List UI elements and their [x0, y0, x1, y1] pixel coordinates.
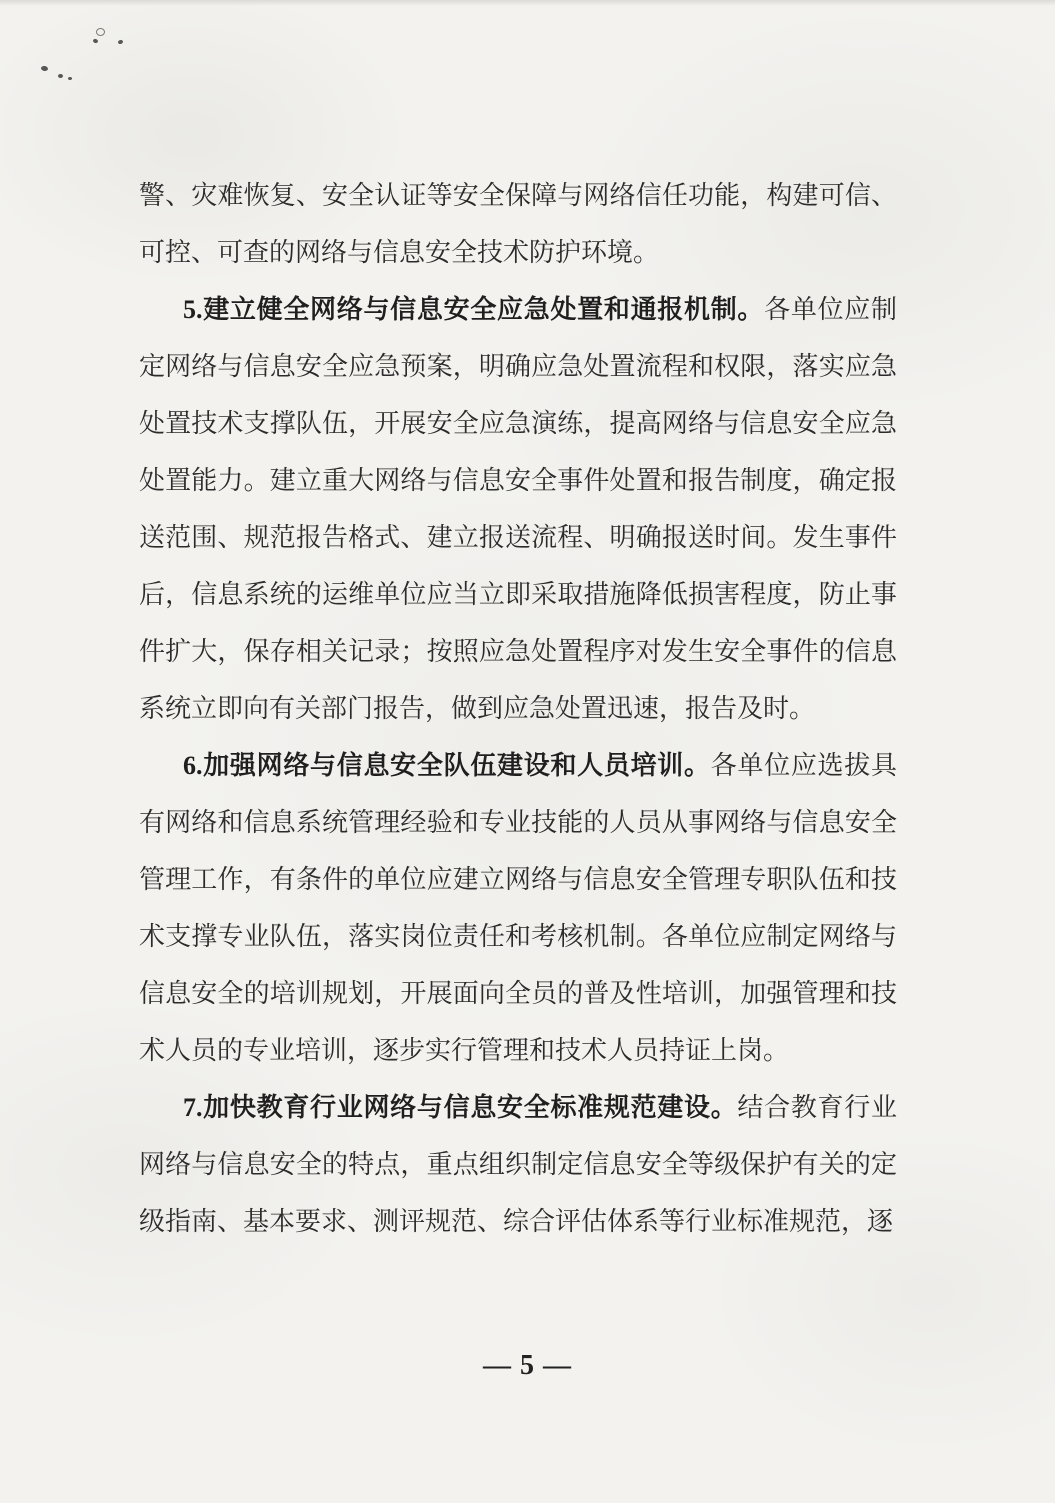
body-text: 警、灾难恢复、安全认证等安全保障与网络信任功能，构建可信、可控、可查的网络与信息… [139, 181, 897, 267]
item-7-heading: 7.加快教育行业网络与信息安全标准规范建设。 [183, 1093, 737, 1122]
page-number: — 5 — [0, 1346, 1055, 1386]
item-6-heading: 6.加强网络与信息安全队伍建设和人员培训。 [183, 751, 711, 780]
ink-speck [41, 65, 49, 71]
paragraph-item-5: 5.建立健全网络与信息安全应急处置和通报机制。各单位应制定网络与信息安全应急预案… [139, 281, 897, 737]
ink-speck [68, 77, 72, 80]
paragraph-continuation: 警、灾难恢复、安全认证等安全保障与网络信任功能，构建可信、可控、可查的网络与信息… [139, 167, 897, 281]
ink-speck [92, 38, 98, 43]
body-text: 各单位应制定网络与信息安全应急预案，明确应急处置流程和权限，落实应急处置技术支撑… [139, 295, 897, 723]
document-body: 警、灾难恢复、安全认证等安全保障与网络信任功能，构建可信、可控、可查的网络与信息… [139, 167, 897, 1250]
body-text: 各单位应选拔具有网络和信息系统管理经验和专业技能的人员从事网络与信息安全管理工作… [139, 751, 897, 1065]
ink-speck [96, 28, 105, 36]
scanned-document-page: 警、灾难恢复、安全认证等安全保障与网络信任功能，构建可信、可控、可查的网络与信息… [0, 0, 1055, 1503]
ink-speck [58, 74, 63, 78]
ink-speck [118, 39, 124, 44]
paragraph-item-6: 6.加强网络与信息安全队伍建设和人员培训。各单位应选拔具有网络和信息系统管理经验… [139, 737, 897, 1079]
paragraph-item-7: 7.加快教育行业网络与信息安全标准规范建设。结合教育行业网络与信息安全的特点，重… [139, 1079, 897, 1250]
item-5-heading: 5.建立健全网络与信息安全应急处置和通报机制。 [183, 295, 764, 324]
